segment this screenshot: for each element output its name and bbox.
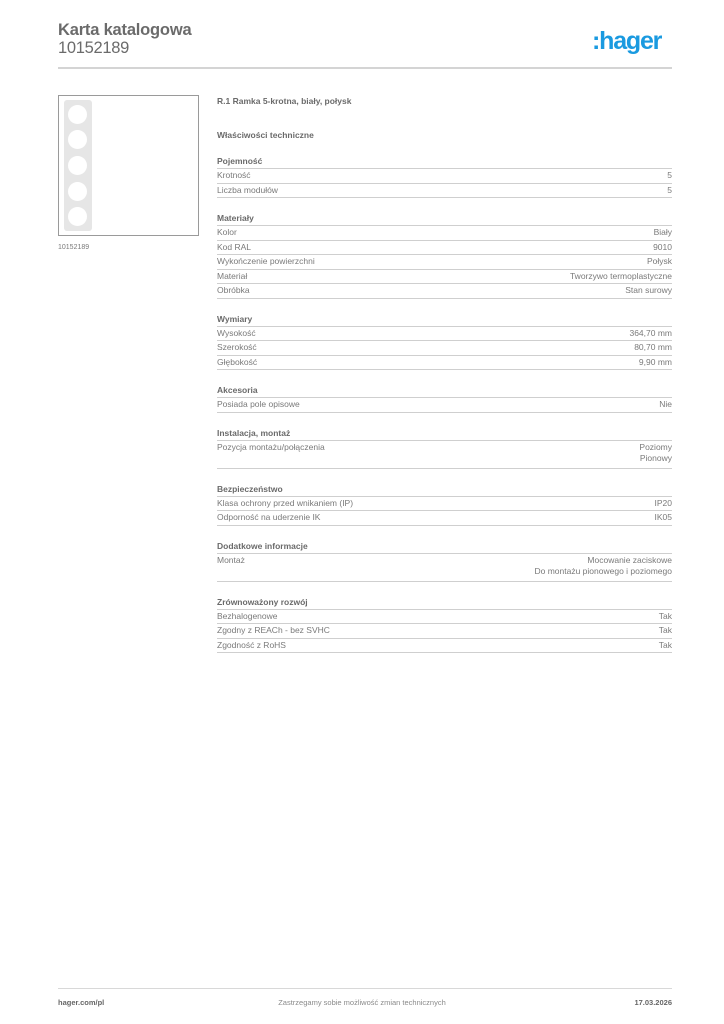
- spec-value-line: Mocowanie zaciskowe: [534, 555, 672, 567]
- spec-group-title: Akcesoria: [217, 385, 672, 398]
- spec-row: Klasa ochrony przed wnikaniem (IP)IP20: [217, 497, 672, 512]
- frame-opening: [68, 105, 87, 124]
- spec-value-line: 364,70 mm: [629, 328, 672, 340]
- spec-value: PoziomyPionowy: [639, 442, 672, 465]
- spec-row: MontażMocowanie zaciskoweDo montażu pion…: [217, 554, 672, 582]
- spec-label: Kolor: [217, 227, 237, 239]
- product-name: R.1 Ramka 5-krotna, biały, połysk: [217, 96, 672, 107]
- spec-value: Biały: [654, 227, 672, 239]
- spec-group-title: Materiały: [217, 213, 672, 226]
- spec-groups: PojemnośćKrotność5Liczba modułów5Materia…: [217, 156, 672, 653]
- spec-value-line: Biały: [654, 227, 672, 239]
- spec-value: Tak: [659, 640, 672, 652]
- product-number: 10152189: [58, 39, 129, 58]
- spec-value-line: 80,70 mm: [634, 342, 672, 354]
- spec-value: Tak: [659, 625, 672, 637]
- frame-5-gang-icon: [64, 100, 92, 231]
- frame-opening: [68, 156, 87, 175]
- spec-row: Odporność na uderzenie IKIK05: [217, 511, 672, 526]
- spec-label: Krotność: [217, 170, 251, 182]
- spec-row: Zgodność z RoHSTak: [217, 639, 672, 654]
- spec-row: BezhalogenoweTak: [217, 610, 672, 625]
- spec-value-line: Tak: [659, 640, 672, 652]
- document-title: Karta katalogowa: [58, 21, 191, 40]
- spec-label: Posiada pole opisowe: [217, 399, 300, 411]
- spec-value: Tworzywo termoplastyczne: [570, 271, 672, 283]
- footer-divider: [58, 988, 672, 989]
- spec-value-line: 5: [667, 185, 672, 197]
- spec-row: Wykończenie powierzchniPołysk: [217, 255, 672, 270]
- spec-value: 9,90 mm: [639, 357, 672, 369]
- spec-label: Klasa ochrony przed wnikaniem (IP): [217, 498, 353, 510]
- spec-value: Mocowanie zaciskoweDo montażu pionowego …: [534, 555, 672, 578]
- spec-row: Kod RAL9010: [217, 241, 672, 256]
- spec-label: Liczba modułów: [217, 185, 278, 197]
- spec-group: Instalacja, montażPozycja montażu/połącz…: [217, 428, 672, 469]
- spec-value-line: Poziomy: [639, 442, 672, 454]
- spec-value: 80,70 mm: [634, 342, 672, 354]
- spec-label: Zgodność z RoHS: [217, 640, 286, 652]
- spec-value-line: Tak: [659, 625, 672, 637]
- spec-group: WymiaryWysokość364,70 mmSzerokość80,70 m…: [217, 314, 672, 371]
- spec-row: Liczba modułów5: [217, 184, 672, 199]
- spec-value: IK05: [655, 512, 673, 524]
- spec-value-line: 9,90 mm: [639, 357, 672, 369]
- spec-value-line: 9010: [653, 242, 672, 254]
- spec-value-line: Połysk: [647, 256, 672, 268]
- spec-content: R.1 Ramka 5-krotna, biały, połysk Właści…: [217, 96, 672, 653]
- spec-row: Szerokość80,70 mm: [217, 341, 672, 356]
- spec-value: 9010: [653, 242, 672, 254]
- spec-label: Zgodny z REACh - bez SVHC: [217, 625, 330, 637]
- spec-group: MateriałyKolorBiałyKod RAL9010Wykończeni…: [217, 213, 672, 299]
- spec-value: 5: [667, 185, 672, 197]
- spec-row: Pozycja montażu/połączeniaPoziomyPionowy: [217, 441, 672, 469]
- spec-label: Bezhalogenowe: [217, 611, 278, 623]
- image-caption: 10152189: [58, 244, 89, 251]
- spec-value: 364,70 mm: [629, 328, 672, 340]
- spec-group: Zrównoważony rozwójBezhalogenoweTakZgodn…: [217, 597, 672, 654]
- spec-group: AkcesoriaPosiada pole opisoweNie: [217, 385, 672, 413]
- spec-group: BezpieczeństwoKlasa ochrony przed wnikan…: [217, 484, 672, 526]
- spec-row: Głębokość9,90 mm: [217, 356, 672, 371]
- header-divider: [58, 67, 672, 69]
- spec-label: Montaż: [217, 555, 245, 567]
- spec-label: Głębokość: [217, 357, 257, 369]
- spec-row: Posiada pole opisoweNie: [217, 398, 672, 413]
- spec-row: MateriałTworzywo termoplastyczne: [217, 270, 672, 285]
- frame-opening: [68, 182, 87, 201]
- spec-label: Odporność na uderzenie IK: [217, 512, 320, 524]
- spec-group-title: Wymiary: [217, 314, 672, 327]
- spec-value-line: Stan surowy: [625, 285, 672, 297]
- spec-value-line: Tak: [659, 611, 672, 623]
- spec-value: Połysk: [647, 256, 672, 268]
- spec-group: Dodatkowe informacjeMontażMocowanie zaci…: [217, 541, 672, 582]
- spec-label: Wykończenie powierzchni: [217, 256, 315, 268]
- spec-row: Krotność5: [217, 169, 672, 184]
- spec-value: Stan surowy: [625, 285, 672, 297]
- section-heading: Właściwości techniczne: [217, 130, 672, 141]
- spec-value: IP20: [655, 498, 673, 510]
- spec-row: Zgodny z REACh - bez SVHCTak: [217, 624, 672, 639]
- spec-group-title: Zrównoważony rozwój: [217, 597, 672, 610]
- spec-label: Wysokość: [217, 328, 256, 340]
- spec-label: Kod RAL: [217, 242, 251, 254]
- spec-label: Materiał: [217, 271, 247, 283]
- spec-value-line: Pionowy: [639, 453, 672, 465]
- spec-group-title: Dodatkowe informacje: [217, 541, 672, 554]
- spec-value: Tak: [659, 611, 672, 623]
- spec-group-title: Bezpieczeństwo: [217, 484, 672, 497]
- spec-group-title: Instalacja, montaż: [217, 428, 672, 441]
- hager-logo: :hager: [592, 27, 661, 55]
- spec-value-line: Nie: [659, 399, 672, 411]
- spec-row: Wysokość364,70 mm: [217, 327, 672, 342]
- footer-disclaimer: Zastrzegamy sobie możliwość zmian techni…: [0, 998, 724, 1007]
- spec-value-line: Tworzywo termoplastyczne: [570, 271, 672, 283]
- spec-row: ObróbkaStan surowy: [217, 284, 672, 299]
- spec-value-line: Do montażu pionowego i poziomego: [534, 566, 672, 578]
- frame-opening: [68, 207, 87, 226]
- product-image: [58, 95, 199, 236]
- spec-row: KolorBiały: [217, 226, 672, 241]
- frame-opening: [68, 130, 87, 149]
- footer-date: 17.03.2026: [634, 998, 672, 1007]
- spec-value: 5: [667, 170, 672, 182]
- spec-value-line: IK05: [655, 512, 673, 524]
- spec-label: Szerokość: [217, 342, 257, 354]
- spec-value-line: 5: [667, 170, 672, 182]
- spec-value-line: IP20: [655, 498, 673, 510]
- spec-value: Nie: [659, 399, 672, 411]
- spec-group-title: Pojemność: [217, 156, 672, 169]
- spec-group: PojemnośćKrotność5Liczba modułów5: [217, 156, 672, 198]
- spec-label: Pozycja montażu/połączenia: [217, 442, 325, 454]
- spec-label: Obróbka: [217, 285, 250, 297]
